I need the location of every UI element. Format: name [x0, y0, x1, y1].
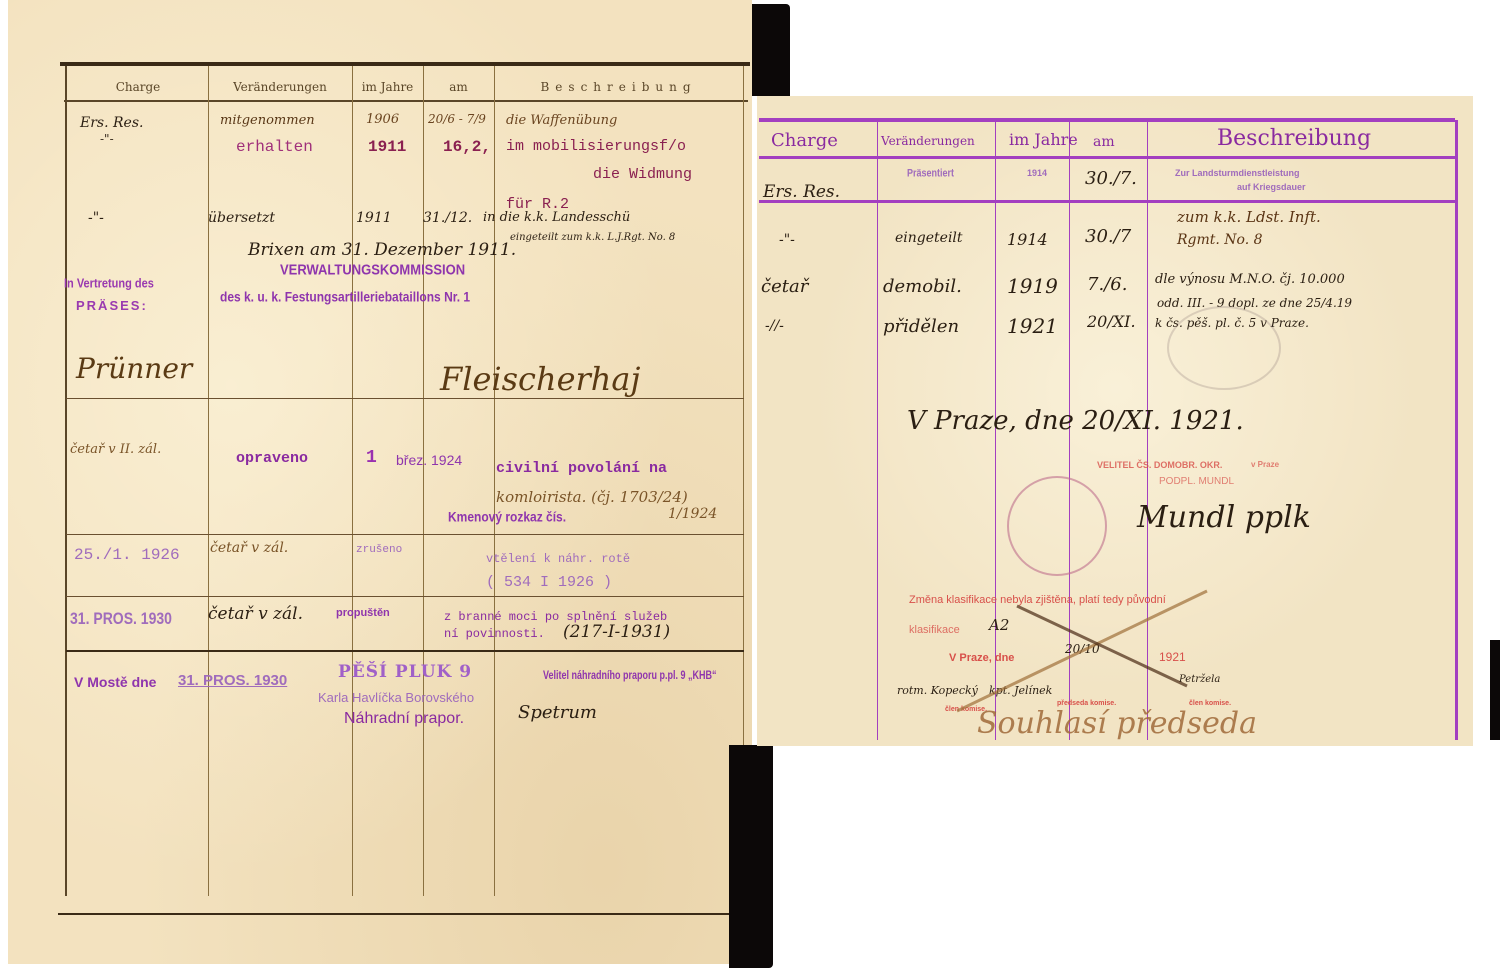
right-page: Charge Veränderungen im Jahre am Beschre…: [757, 96, 1473, 746]
row1930-ref: (217-I-1931): [563, 622, 670, 642]
row1930-date: 31. PROS. 1930: [70, 608, 172, 627]
row1926-desc: vtělení k náhr. rotě: [486, 552, 630, 566]
row2-charge: -"-: [88, 210, 104, 226]
footer-commander: Velitel náhradního praporu p.pl. 9 „KHB“: [543, 669, 717, 682]
row1-charge: Ers. Res.: [80, 115, 143, 131]
footer-place: V Mostě dne: [74, 674, 156, 690]
binding-strip-right: [1490, 640, 1500, 740]
right-row2-charge: -"-: [779, 232, 795, 248]
row1924-order-number: 1/1924: [668, 506, 717, 522]
row2-change: übersetzt: [208, 210, 275, 226]
row1-desc-hand: die Waffenübung: [506, 113, 617, 128]
right-row1-date: 30./7.: [1085, 168, 1137, 189]
right-row1-year: 1914: [1027, 168, 1047, 178]
row1926-ref: ( 534 I 1926 ): [486, 574, 612, 591]
footer-date: 31. PROS. 1930: [178, 672, 287, 689]
row1924-month-year: břez. 1924: [396, 452, 462, 468]
right-row1-change: Präsentiert: [907, 167, 954, 179]
right-header-year: im Jahre: [1009, 130, 1078, 149]
right-row2-change: eingeteilt: [895, 230, 963, 246]
right-row4-year: 1921: [1007, 314, 1058, 338]
signature-1: Prünner: [76, 352, 192, 385]
faded-seal: [1167, 306, 1281, 390]
binding-strip-top: [752, 4, 790, 96]
row1924-desc-hand: komloirista. (čj. 1703/24): [496, 488, 688, 506]
right-row2-desc1: zum k.k. Ldst. Inft.: [1177, 208, 1321, 226]
row1926-charge: četař v zál.: [210, 540, 288, 556]
round-seal: [1007, 476, 1107, 576]
row1924-stamp: opraveno: [236, 450, 308, 467]
row1-year-hand: 1906: [366, 112, 399, 127]
classification-label: klasifikace: [909, 624, 960, 636]
header-description: Beschreibung: [494, 80, 743, 94]
commander-stamp-line1: VELITEL ČS. DOMOBR. OKR.: [1097, 460, 1222, 470]
right-row3-date: 7./6.: [1087, 274, 1127, 295]
row2-date: 31./12.: [423, 210, 472, 226]
row1-desc-stamp-2: die Widmung: [593, 166, 692, 183]
row1-date-stamp: 16,2,: [443, 138, 491, 156]
footer-signature: Spetrum: [518, 702, 597, 723]
footer-regiment: PĚŠÍ PLUK 9: [338, 662, 472, 682]
right-row2-date: 30./7: [1085, 226, 1131, 247]
row1926-date: 25./1. 1926: [74, 546, 180, 564]
commander-stamp-line2: PODPL. MUNDL: [1159, 476, 1234, 487]
praeses-stamp-line2: PRÄSES:: [76, 298, 148, 313]
row1-date-hand: 20/6 - 7/9: [428, 112, 486, 126]
header-date: am: [423, 80, 494, 94]
header-charge: Charge: [68, 80, 208, 94]
right-place-date: V Praze, dne 20/XI. 1921.: [907, 406, 1244, 436]
footer-regiment-name: Karla Havlíčka Borovského: [318, 690, 474, 705]
right-row4-date: 20/XI.: [1087, 312, 1136, 331]
commission-stamp-line1: VERWALTUNGSKOMMISSION: [280, 261, 465, 278]
row1924-desc-stamp: civilní povolání na: [496, 460, 667, 477]
left-page: Charge Veränderungen im Jahre am Beschre…: [8, 0, 752, 964]
right-row3-desc1: dle výnosu M.N.O. čj. 10.000: [1155, 272, 1345, 287]
header-year: im Jahre: [352, 80, 423, 94]
right-row4-charge: -//-: [765, 318, 784, 334]
row1-change-hand: mitgenommen: [220, 113, 315, 128]
right-header-date: am: [1093, 134, 1115, 150]
row1930-charge: četař v zál.: [208, 604, 303, 624]
right-row4-change: přidělen: [883, 316, 959, 337]
right-header-description: Beschreibung: [1217, 126, 1371, 151]
signature-2: Fleischerhaj: [440, 360, 640, 398]
praeses-stamp-line1: In Vertretung des: [64, 277, 154, 291]
row1-change-stamp: erhalten: [236, 138, 313, 156]
row1930-change: propuštěn: [336, 607, 390, 619]
header-changes: Veränderungen: [208, 80, 352, 94]
commander-signature: Mundl pplk: [1137, 500, 1311, 535]
row1-charge-ditto: -"-: [100, 132, 114, 146]
row1926-change: zrušeno: [356, 544, 402, 556]
right-row3-year: 1919: [1007, 274, 1058, 298]
row1924-day: 1: [366, 448, 377, 468]
place-date: Brixen am 31. Dezember 1911.: [248, 240, 516, 260]
row2-desc: in die k.k. Landesschü: [483, 210, 630, 225]
cross-mark-icon: [957, 576, 1237, 716]
row1-year-stamp: 1911: [368, 138, 406, 156]
right-row2-year: 1914: [1007, 230, 1048, 249]
row1924-charge: četař v II. zál.: [70, 442, 161, 457]
right-header-changes: Veränderungen: [881, 134, 975, 148]
row1924-order-stamp: Kmenový rozkaz čís.: [448, 509, 566, 525]
row1-desc-stamp-1: im mobilisierungsf/o: [506, 138, 686, 155]
right-row3-charge: četař: [761, 276, 808, 297]
commander-stamp-suffix: v Praze: [1251, 460, 1279, 469]
right-row3-desc2: odd. III. - 9 dopl. ze dne 25/4.19: [1157, 296, 1352, 310]
footer-battalion: Náhradní prapor.: [344, 710, 464, 728]
right-row3-change: demobil.: [883, 276, 962, 297]
row1930-desc2: ní povinnosti.: [444, 627, 545, 641]
right-header-charge: Charge: [771, 130, 838, 151]
right-row1-desc1: Zur Landsturmdienstleistung: [1175, 168, 1300, 178]
right-row2-desc2: Rgmt. No. 8: [1177, 232, 1263, 248]
commission-stamp-line2: des k. u. k. Festungsartilleriebataillon…: [220, 289, 470, 305]
right-row1-charge: Ers. Res.: [763, 182, 840, 202]
right-row1-desc2: auf Kriegsdauer: [1237, 182, 1306, 192]
binding-strip-bottom: [729, 745, 773, 968]
row2-year: 1911: [356, 210, 392, 226]
row2-desc-2: eingeteilt zum k.k. L.J.Rgt. No. 8: [510, 232, 675, 243]
